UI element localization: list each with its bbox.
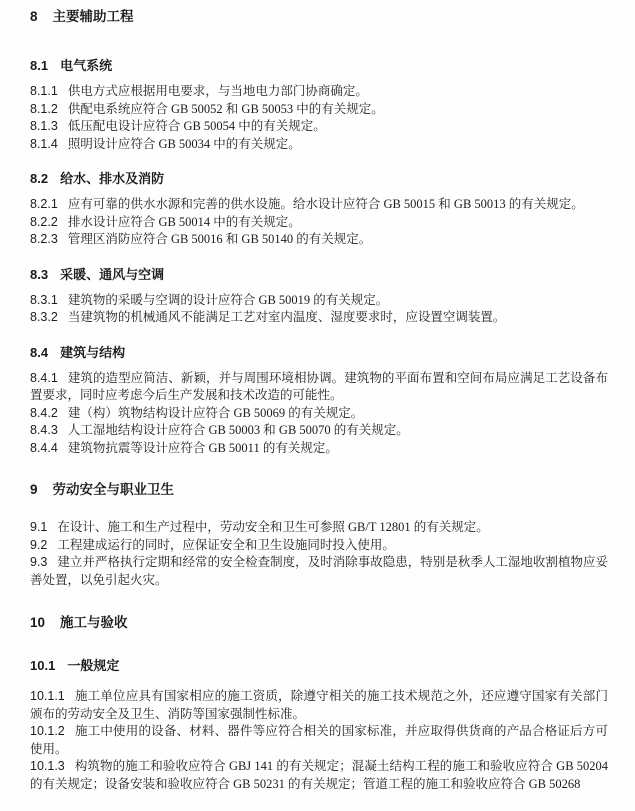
section-10-1-heading: 10.1一般规定 (30, 657, 608, 675)
chapter-9-heading: 9劳动安全与职业卫生 (30, 481, 608, 499)
clause-8-4-4-text: 建筑物抗震等设计应符合 GB 50011 的有关规定。 (68, 441, 338, 455)
clause-8-1-3-text: 低压配电设计应符合 GB 50054 中的有关规定。 (68, 119, 326, 133)
clause-8-3-1-number: 8.3.1 (30, 293, 58, 307)
clause-8-4-2-text: 建（构）筑物结构设计应符合 GB 50069 的有关规定。 (68, 406, 364, 420)
chapter-10-title: 施工与验收 (60, 615, 128, 630)
clause-8-2-1-number: 8.2.1 (30, 197, 58, 211)
clause-8-1-2: 8.1.2供配电系统应符合 GB 50052 和 GB 50053 中的有关规定… (30, 101, 608, 119)
clause-8-3-2-text: 当建筑物的机械通风不能满足工艺对室内温度、湿度要求时，应设置空调装置。 (68, 310, 506, 324)
clause-9-3-text: 建立并严格执行定期和经常的安全检查制度，及时消除事故隐患，特别是秋季人工湿地收割… (30, 555, 608, 587)
section-8-3-title: 采暖、通风与空调 (60, 267, 164, 282)
chapter-8-heading: 8主要辅助工程 (30, 8, 608, 26)
clause-9-1: 9.1在设计、施工和生产过程中，劳动安全和卫生可参照 GB/T 12801 的有… (30, 519, 608, 537)
clause-8-4-3-text: 人工湿地结构设计应符合 GB 50003 和 GB 50070 的有关规定。 (68, 423, 409, 437)
clause-9-1-number: 9.1 (30, 520, 47, 534)
clause-8-4-2: 8.4.2建（构）筑物结构设计应符合 GB 50069 的有关规定。 (30, 405, 608, 423)
section-10-1-number: 10.1 (30, 658, 55, 673)
clause-10-1-1-text: 施工单位应具有国家相应的施工资质，除遵守相关的施工技术规范之外，还应遵守国家有关… (30, 689, 608, 721)
clause-8-3-1: 8.3.1建筑物的采暖与空调的设计应符合 GB 50019 的有关规定。 (30, 292, 608, 310)
section-8-3-number: 8.3 (30, 267, 48, 282)
clause-10-1-2-number: 10.1.2 (30, 724, 65, 738)
clause-9-1-text: 在设计、施工和生产过程中，劳动安全和卫生可参照 GB/T 12801 的有关规定… (57, 520, 488, 534)
clause-8-1-3: 8.1.3低压配电设计应符合 GB 50054 中的有关规定。 (30, 118, 608, 136)
clause-8-4-1-number: 8.4.1 (30, 371, 58, 385)
section-8-3-heading: 8.3采暖、通风与空调 (30, 266, 608, 284)
section-8-2-title: 给水、排水及消防 (60, 171, 164, 186)
clause-8-1-2-text: 供配电系统应符合 GB 50052 和 GB 50053 中的有关规定。 (68, 102, 384, 116)
section-8-2-heading: 8.2给水、排水及消防 (30, 170, 608, 188)
clause-8-1-2-number: 8.1.2 (30, 102, 58, 116)
clause-10-1-2: 10.1.2施工中使用的设备、材料、器件等应符合相关的国家标准，并应取得供货商的… (30, 723, 608, 758)
clause-10-1-2-text: 施工中使用的设备、材料、器件等应符合相关的国家标准，并应取得供货商的产品合格证后… (30, 724, 608, 756)
clause-8-1-4-number: 8.1.4 (30, 137, 58, 151)
clause-8-3-1-text: 建筑物的采暖与空调的设计应符合 GB 50019 的有关规定。 (68, 293, 389, 307)
clause-8-2-2: 8.2.2排水设计应符合 GB 50014 中的有关规定。 (30, 214, 608, 232)
section-10-1-title: 一般规定 (67, 658, 119, 673)
document-page: 8主要辅助工程 8.1电气系统 8.1.1供电方式应根据用电要求，与当地电力部门… (0, 0, 635, 811)
chapter-10-number: 10 (30, 615, 45, 630)
clause-8-3-2: 8.3.2当建筑物的机械通风不能满足工艺对室内温度、湿度要求时，应设置空调装置。 (30, 309, 608, 327)
clause-8-1-1-text: 供电方式应根据用电要求，与当地电力部门协商确定。 (68, 84, 368, 98)
clause-8-2-3-text: 管理区消防应符合 GB 50016 和 GB 50140 的有关规定。 (68, 232, 371, 246)
clause-8-1-4-text: 照明设计应符合 GB 50034 中的有关规定。 (68, 137, 301, 151)
clause-8-3-2-number: 8.3.2 (30, 310, 58, 324)
clause-9-2-text: 工程建成运行的同时，应保证安全和卫生设施同时投入使用。 (57, 538, 395, 552)
section-8-4-number: 8.4 (30, 345, 48, 360)
clause-8-4-2-number: 8.4.2 (30, 406, 58, 420)
clause-9-3-number: 9.3 (30, 555, 47, 569)
clause-8-2-3: 8.2.3管理区消防应符合 GB 50016 和 GB 50140 的有关规定。 (30, 231, 608, 249)
clause-9-2-number: 9.2 (30, 538, 47, 552)
clause-8-4-4: 8.4.4建筑物抗震等设计应符合 GB 50011 的有关规定。 (30, 440, 608, 458)
chapter-10-heading: 10施工与验收 (30, 614, 608, 632)
clause-10-1-3: 10.1.3构筑物的施工和验收应符合 GBJ 141 的有关规定；混凝土结构工程… (30, 758, 608, 793)
clause-8-1-1-number: 8.1.1 (30, 84, 58, 98)
clause-8-1-3-number: 8.1.3 (30, 119, 58, 133)
clause-8-1-4: 8.1.4照明设计应符合 GB 50034 中的有关规定。 (30, 136, 608, 154)
clause-8-4-3-number: 8.4.3 (30, 423, 58, 437)
clause-8-2-2-number: 8.2.2 (30, 215, 58, 229)
clause-8-4-3: 8.4.3人工湿地结构设计应符合 GB 50003 和 GB 50070 的有关… (30, 422, 608, 440)
chapter-8-title: 主要辅助工程 (53, 9, 134, 24)
clause-8-1-1: 8.1.1供电方式应根据用电要求，与当地电力部门协商确定。 (30, 83, 608, 101)
section-8-4-title: 建筑与结构 (60, 345, 125, 360)
clause-8-4-1-text: 建筑的造型应简洁、新颖，并与周围环境相协调。建筑物的平面布置和空间布局应满足工艺… (30, 371, 608, 403)
section-8-1-heading: 8.1电气系统 (30, 57, 608, 75)
clause-10-1-1: 10.1.1施工单位应具有国家相应的施工资质，除遵守相关的施工技术规范之外，还应… (30, 688, 608, 723)
clause-8-2-3-number: 8.2.3 (30, 232, 58, 246)
clause-8-2-1: 8.2.1应有可靠的供水水源和完善的供水设施。给水设计应符合 GB 50015 … (30, 196, 608, 214)
clause-8-4-1: 8.4.1建筑的造型应简洁、新颖，并与周围环境相协调。建筑物的平面布置和空间布局… (30, 370, 608, 405)
section-8-1-number: 8.1 (30, 58, 48, 73)
chapter-9-title: 劳动安全与职业卫生 (53, 482, 175, 497)
section-8-1-title: 电气系统 (60, 58, 112, 73)
clause-9-2: 9.2工程建成运行的同时，应保证安全和卫生设施同时投入使用。 (30, 537, 608, 555)
clause-10-1-3-text: 构筑物的施工和验收应符合 GBJ 141 的有关规定；混凝土结构工程的施工和验收… (30, 759, 608, 791)
clause-8-2-2-text: 排水设计应符合 GB 50014 中的有关规定。 (68, 215, 301, 229)
clause-10-1-1-number: 10.1.1 (30, 689, 65, 703)
clause-10-1-3-number: 10.1.3 (30, 759, 65, 773)
section-8-2-number: 8.2 (30, 171, 48, 186)
chapter-9-number: 9 (30, 482, 38, 497)
section-8-4-heading: 8.4建筑与结构 (30, 344, 608, 362)
clause-9-3: 9.3建立并严格执行定期和经常的安全检查制度，及时消除事故隐患，特别是秋季人工湿… (30, 554, 608, 589)
clause-8-4-4-number: 8.4.4 (30, 441, 58, 455)
clause-8-2-1-text: 应有可靠的供水水源和完善的供水设施。给水设计应符合 GB 50015 和 GB … (68, 197, 584, 211)
chapter-8-number: 8 (30, 9, 38, 24)
